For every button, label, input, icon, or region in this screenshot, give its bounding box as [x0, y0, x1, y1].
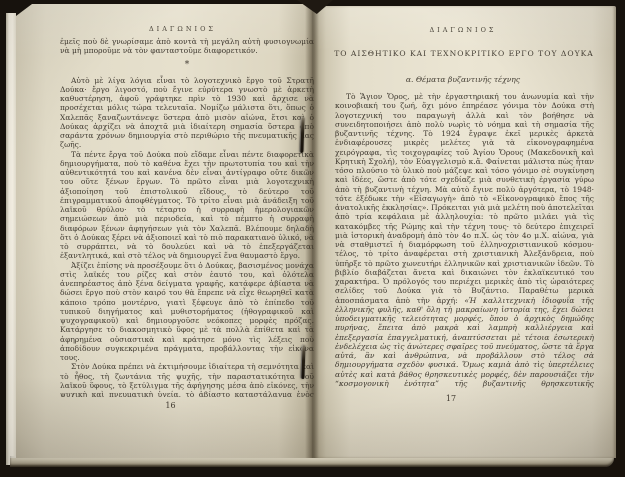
open-magazine-photo: ΔΙΑΓΩΝΙΟΣ ἐμεῖς ποὺ δὲ γνωρίσαμε ἀπὸ κον… [0, 0, 625, 477]
paragraph-continuation: ἐμεῖς ποὺ δὲ γνωρίσαμε ἀπὸ κοντὰ τὴ μεγά… [60, 37, 314, 56]
body-roman-text: Τὸ Ἅγιον Ὄρος, μὲ τὴν ἐργαστηριακή του ἀ… [335, 92, 594, 305]
running-head-left: ΔΙΑΓΩΝΙΟΣ [56, 25, 309, 33]
page-number-left: 16 [44, 401, 297, 410]
paragraph: Τὸ Ἅγιον Ὄρος, μὲ τὴν ἐργαστηριακή του ἀ… [335, 92, 594, 388]
running-head-right: ΔΙΑΓΩΝΙΟΣ [334, 26, 592, 34]
gutter-crease-shadow [305, 4, 319, 458]
section-heading: α. Θέματα βυζαντινῆς τέχνης [334, 75, 592, 84]
asterisk-separator: * [60, 61, 314, 70]
paragraph: Ἀξίζει ἐπίσης νὰ προσέξουμε ὅτι ὁ Δούκας… [60, 261, 314, 363]
page-number-right: 17 [322, 394, 580, 403]
article-title: ΤΟ ΑΙΣΘΗΤΙΚΟ ΚΑΙ ΤΕΧΝΟΚΡΙΤΙΚΟ ΕΡΓΟ ΤΟΥ Δ… [326, 49, 602, 58]
left-page-body: ἐμεῖς ποὺ δὲ γνωρίσαμε ἀπὸ κοντὰ τὴ μεγά… [60, 37, 314, 397]
paragraph: Στὸν Δούκα πρέπει νὰ ἐκτιμήσουμε ἰδιαίτε… [60, 362, 314, 397]
right-page: ΔΙΑΓΩΝΙΟΣ ΤΟ ΑΙΣΘΗΤΙΚΟ ΚΑΙ ΤΕΧΝΟΚΡΙΤΙΚΟ … [314, 6, 616, 458]
left-page: ΔΙΑΓΩΝΙΟΣ ἐμεῖς ποὺ δὲ γνωρίσαμε ἀπὸ κον… [16, 4, 314, 458]
right-page-body: Τὸ Ἅγιον Ὄρος, μὲ τὴν ἐργαστηριακή του ἀ… [335, 92, 594, 388]
quoted-excerpt: «Ἡ καλλιτεχνικὴ ἰδιοφυΐα τῆς ἑλληνικῆς φ… [335, 296, 594, 389]
paragraph: Αὐτὸ μὲ λίγα λόγια εἶναι τὸ λογοτεχνικὸ … [60, 76, 314, 150]
paragraph: Τὰ πέντε ἔργα τοῦ Δούκα ποὺ εἴδαμε εἶναι… [60, 150, 314, 261]
